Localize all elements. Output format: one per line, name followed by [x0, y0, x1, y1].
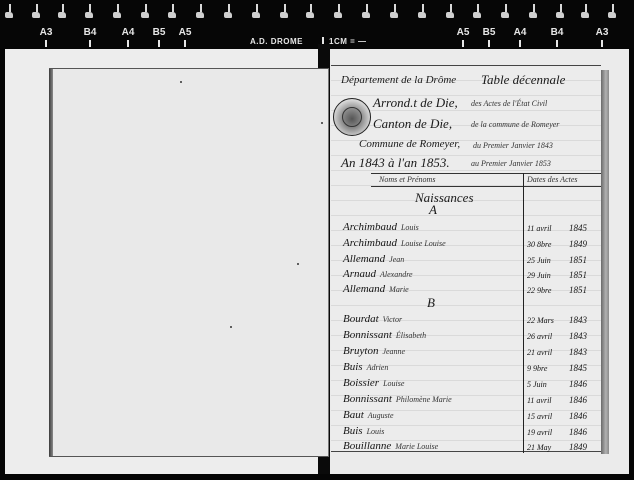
frame-mark [334, 4, 344, 18]
frame-mark [362, 4, 372, 18]
header-left-5: An 1843 à l'an 1853. [341, 155, 450, 171]
entry-name: BoissierLouise [343, 377, 404, 389]
entry-year: 1846 [569, 395, 587, 405]
entry-name: BautAuguste [343, 409, 394, 421]
group-letter-b: B [427, 295, 435, 311]
register-page: Département de la Drôme Table décennale … [331, 65, 601, 452]
entry-year: 1851 [569, 270, 587, 280]
entry-date: 5 Juin [527, 380, 567, 389]
entry-name: ArchimbaudLouise Louise [343, 237, 446, 249]
format-gauge: A4 [116, 28, 140, 47]
frame-mark [446, 4, 456, 18]
entry-name: BonnissantPhilomène Marie [343, 393, 452, 405]
frame-mark [58, 4, 68, 18]
frame-mark [280, 4, 290, 18]
section-title: Naissances [415, 190, 474, 206]
format-gauge: B4 [545, 28, 569, 47]
header-right-5: au Premier Janvier 1853 [471, 159, 551, 168]
format-gauge: B4 [78, 28, 102, 47]
entry-year: 1843 [569, 331, 587, 341]
entry-year: 1849 [569, 442, 587, 452]
entry-year: 1846 [569, 411, 587, 421]
frame-mark [113, 4, 123, 18]
entry-year: 1843 [569, 347, 587, 357]
entry-date: 21 avril [527, 348, 567, 357]
frame-mark [390, 4, 400, 18]
left-page-blank [49, 68, 329, 457]
format-gauge: A5 [173, 28, 197, 47]
table-header-rule [371, 186, 601, 187]
entry-date: 25 Juin [527, 256, 567, 265]
entry-date: 22 Mars [527, 316, 567, 325]
entry-name: BruytonJeanne [343, 345, 405, 357]
entry-date: 22 9bre [527, 286, 567, 295]
entry-year: 1851 [569, 255, 587, 265]
frame-mark [581, 4, 591, 18]
film-bottom-edge [0, 474, 634, 480]
entry-date: 26 avril [527, 332, 567, 341]
entry-name: BuisAdrien [343, 361, 388, 373]
frame-mark [418, 4, 428, 18]
entry-date: 9 9bre [527, 364, 567, 373]
entry-date: 21 May [527, 443, 567, 452]
microfilm-header-strip: A3 B4 A4 B5 A5 A.D. DROME 1CM = — A5 B5 … [0, 0, 634, 48]
entry-name: AllemandJean [343, 253, 404, 265]
header-right-1: Table décennale [481, 72, 565, 88]
frame-mark [306, 4, 316, 18]
frame-mark [85, 4, 95, 18]
entry-name: AllemandMarie [343, 283, 409, 295]
format-gauge: A3 [34, 28, 58, 47]
header-right-4: du Premier Janvier 1843 [473, 141, 553, 150]
format-gauge: A4 [508, 28, 532, 47]
column-divider [523, 173, 524, 453]
frame-mark [224, 4, 234, 18]
entry-year: 1846 [569, 379, 587, 389]
entry-date: 19 avril [527, 428, 567, 437]
format-gauge: A5 [451, 28, 475, 47]
seal-stamp-icon [333, 98, 371, 136]
entry-year: 1846 [569, 427, 587, 437]
format-gauge: B5 [477, 28, 501, 47]
entry-name: ArnaudAlexandre [343, 268, 413, 280]
frame-mark [141, 4, 151, 18]
entry-name: ArchimbaudLouis [343, 221, 419, 233]
entry-name: BuisLouis [343, 425, 384, 437]
entry-year: 1845 [569, 223, 587, 233]
frame-mark [32, 4, 42, 18]
header-left-2: Arrond.t de Die, [373, 95, 458, 111]
entry-name: BouillanneMarie Louise [343, 440, 438, 452]
frame-mark [529, 4, 539, 18]
header-left-3: Canton de Die, [373, 116, 452, 132]
table-top-rule [371, 173, 601, 174]
entry-date: 11 avril [527, 224, 567, 233]
entry-date: 11 avril [527, 396, 567, 405]
frame-mark [196, 4, 206, 18]
header-left-4: Commune de Romeyer, [359, 138, 460, 150]
entry-year: 1849 [569, 239, 587, 249]
entry-date: 30 8bre [527, 240, 567, 249]
format-gauge: A3 [590, 28, 614, 47]
entry-date: 29 Juin [527, 271, 567, 280]
frame-mark [5, 4, 15, 18]
column-header-dates: Dates des Actes [527, 175, 578, 184]
entry-year: 1843 [569, 315, 587, 325]
entry-year: 1851 [569, 285, 587, 295]
page-binding-edge [49, 69, 53, 456]
entry-name: BourdatVictor [343, 313, 402, 325]
frame-mark [556, 4, 566, 18]
entry-year: 1845 [569, 363, 587, 373]
frame-mark [473, 4, 483, 18]
frame-mark [252, 4, 262, 18]
page-edge [601, 70, 609, 454]
entry-date: 15 avril [527, 412, 567, 421]
header-right-2: des Actes de l'État Civil [471, 99, 547, 108]
frame-mark [168, 4, 178, 18]
frame-mark [501, 4, 511, 18]
header-left-1: Département de la Drôme [341, 74, 456, 86]
group-letter-a: A [429, 202, 437, 218]
entry-name: BonnissantÉlisabeth [343, 329, 426, 341]
header-right-3: de la commune de Romeyer [471, 120, 559, 129]
format-gauge: B5 [147, 28, 171, 47]
column-header-names: Noms et Prénoms [379, 175, 435, 184]
archive-label: A.D. DROME [250, 37, 303, 46]
frame-mark [608, 4, 618, 18]
